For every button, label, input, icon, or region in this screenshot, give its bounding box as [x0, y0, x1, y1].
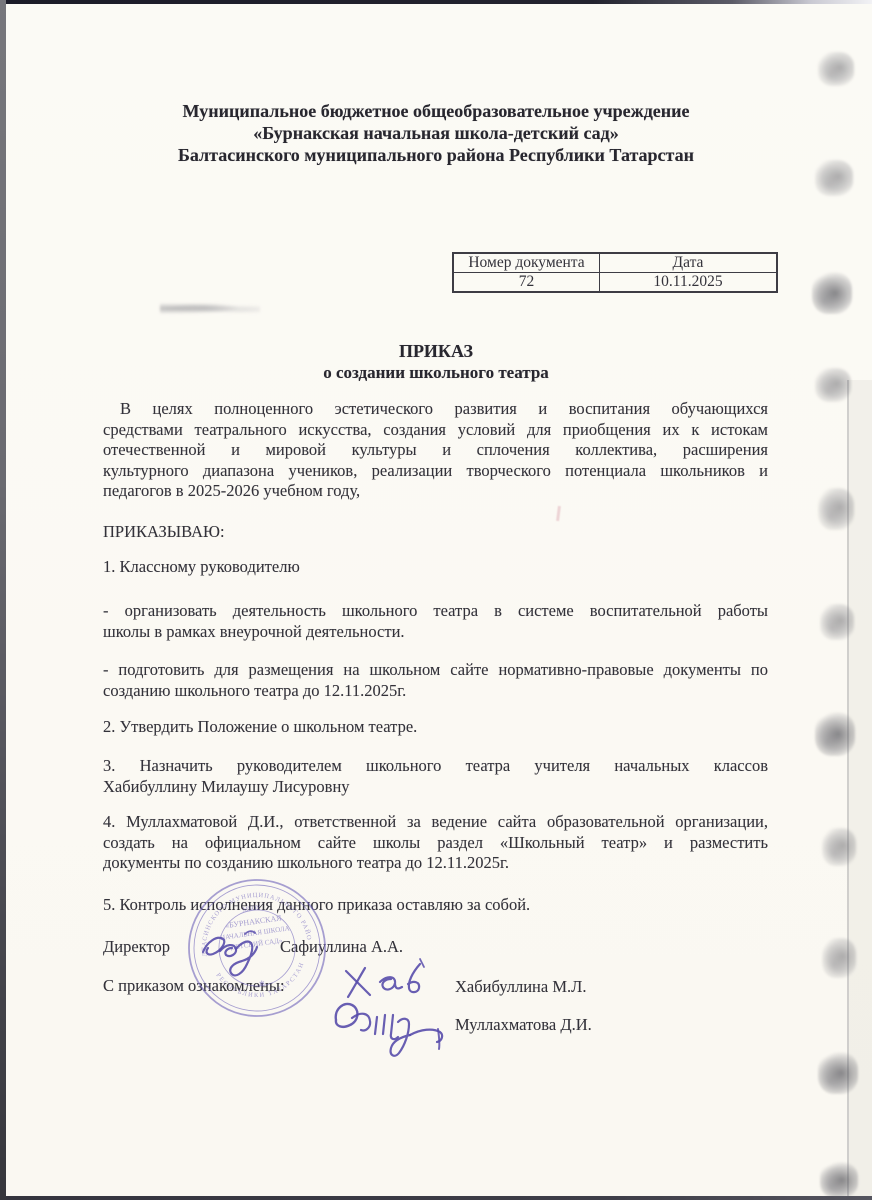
item-line: - организовать деятельность школьного те… [103, 601, 768, 622]
item-line: - подготовить для размещения на школьном… [103, 660, 768, 681]
item-line: Хабибуллину Милаушу Лисуровну [103, 777, 768, 798]
order-item-1a: - организовать деятельность школьного те… [103, 601, 768, 642]
org-header: Муниципальное бюджетное общеобразователь… [0, 100, 872, 166]
item-line: создать на официальном сайте школы разде… [103, 833, 768, 854]
scan-artifact [820, 1162, 858, 1198]
doc-subtitle: о создании школьного театра [0, 362, 872, 383]
preamble-line: культурного диапазона учеников, реализац… [103, 461, 768, 482]
scan-artifact [818, 52, 854, 86]
preamble-line: педагогов в 2025-2026 учебном году, [103, 481, 768, 502]
order-item-1: 1. Классному руководителю [103, 557, 768, 578]
org-name-line3: Балтасинского муниципального района Респ… [0, 144, 872, 166]
scan-artifact [818, 1052, 858, 1094]
col-header-number: Номер документа [454, 254, 599, 272]
preamble-line: средствами театрального искусства, созда… [103, 420, 768, 441]
order-word: ПРИКАЗЫВАЮ: [103, 522, 768, 543]
doc-number-table: Номер документа Дата 72 10.11.2025 [452, 252, 778, 293]
org-name-line2: «Бурнакская начальная школа-детский сад» [0, 122, 872, 144]
stamp-inner-line1: МБОУ [242, 904, 262, 914]
ack2-signature [332, 996, 460, 1062]
scan-artifact [818, 488, 854, 530]
ack1-name: Хабибуллина М.Л. [455, 977, 586, 997]
scan-edge-top [0, 0, 872, 4]
scanned-order-document: Муниципальное бюджетное общеобразователь… [0, 0, 872, 1200]
preamble-paragraph: В целях полноценного эстетического разви… [103, 399, 768, 502]
item-line: созданию школьного театра до 12.11.2025г… [103, 681, 768, 702]
item-line: школы в рамках внеурочной деятельности. [103, 622, 768, 643]
director-signature [198, 926, 270, 984]
item-line: документы по созданию школьного театра д… [103, 853, 768, 874]
org-name-line1: Муниципальное бюджетное общеобразователь… [0, 100, 872, 122]
title-block: ПРИКАЗ о создании школьного театра [0, 341, 872, 383]
item-line: 4. Муллахматовой Д.И., ответственной за … [103, 812, 768, 833]
preamble-line: В целях полноценного эстетического разви… [103, 399, 768, 420]
doc-title: ПРИКАЗ [0, 341, 872, 362]
order-item-4: 4. Муллахматовой Д.И., ответственной за … [103, 812, 768, 874]
table-header-row: Номер документа Дата [454, 254, 776, 272]
ink-speck [556, 506, 561, 521]
scan-edge-bottom [0, 1196, 872, 1200]
item-line: 3. Назначить руководителем школьного теа… [103, 756, 768, 777]
table-value-row: 72 10.11.2025 [454, 272, 776, 291]
scan-edge-left [0, 0, 6, 1200]
scan-artifact [820, 604, 854, 640]
col-header-date: Дата [599, 254, 776, 272]
doc-number-value: 72 [454, 273, 599, 291]
director-label: Директор [103, 937, 170, 957]
ack2-name: Муллахматова Д.И. [455, 1015, 592, 1035]
order-item-2: 2. Утвердить Положение о школьном театре… [103, 717, 768, 738]
doc-date-value: 10.11.2025 [599, 273, 776, 291]
order-item-1b: - подготовить для размещения на школьном… [103, 660, 768, 701]
scan-artifact [812, 272, 852, 314]
scan-artifact [822, 828, 856, 866]
scan-artifact [815, 712, 855, 756]
scan-artifact [822, 938, 856, 978]
erased-text-smudge [160, 301, 260, 316]
order-item-3: 3. Назначить руководителем школьного теа… [103, 756, 768, 797]
preamble-line: отечественной и мировой культуры и сплоч… [103, 440, 768, 461]
